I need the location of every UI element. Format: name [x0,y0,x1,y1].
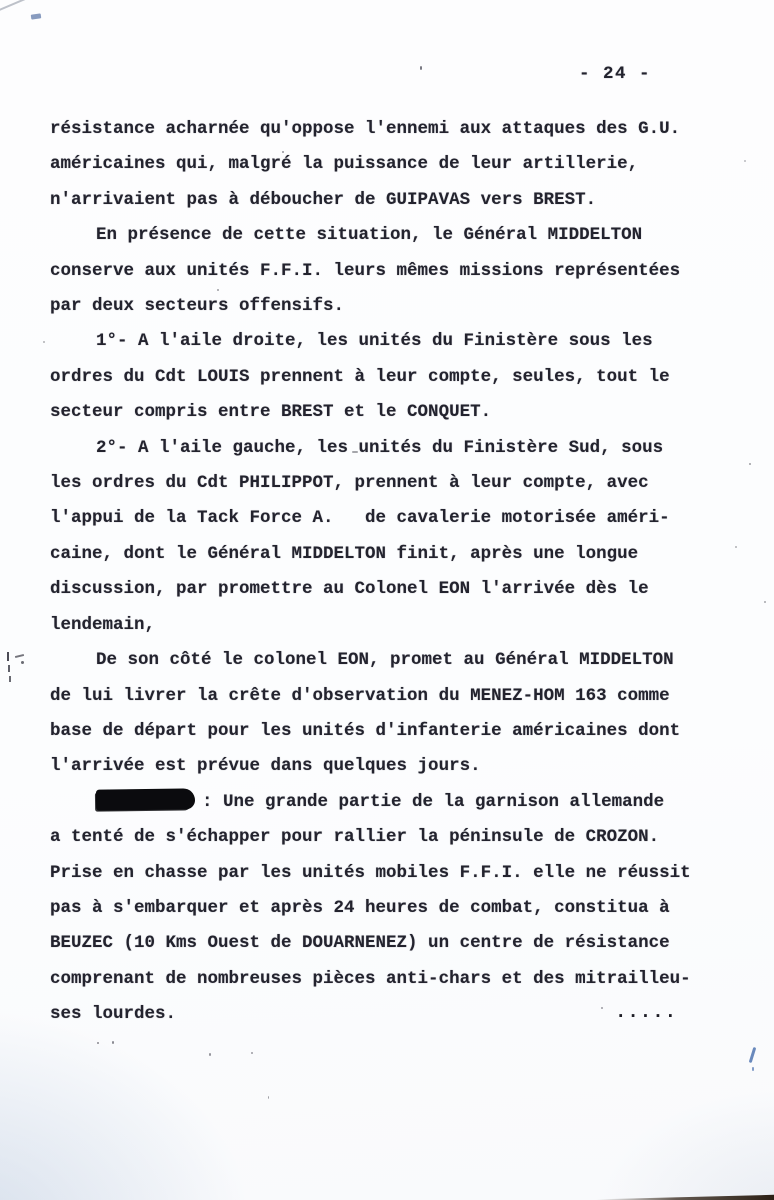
corner-scratch-mark [0,0,27,13]
document-body: résistance acharnée qu'oppose l'ennemi a… [50,112,740,1033]
ink-speck [112,1041,114,1044]
paragraph-2: En présence de cette situation, le Génér… [50,218,740,324]
margin-scribble [9,676,11,682]
paragraph-3: 1°- A l'aile droite, les unités du Finis… [50,324,740,430]
margin-scribble [7,652,9,661]
paragraph-6-redacted: : Une grande partie de la garnison allem… [50,785,740,1033]
paragraph-4-text: 2°- A l'aile gauche, les unités du Finis… [50,438,670,635]
ellipsis-dots: ..... [615,1001,677,1023]
ink-speck [764,601,766,603]
ink-speck [97,1042,99,1044]
paragraph-1-text: résistance acharnée qu'oppose l'ennemi a… [50,119,680,210]
paragraph-6-text: : Une grande partie de la garnison allem… [50,792,691,1024]
paragraph-1: résistance acharnée qu'oppose l'ennemi a… [50,112,740,218]
paragraph-2-text: En présence de cette situation, le Génér… [50,225,680,316]
blue-pen-mark-top [31,13,42,19]
paragraph-3-text: 1°- A l'aile droite, les unités du Finis… [50,331,670,422]
redaction-block [96,788,195,810]
paragraph-5: De son côté le colonel EON, promet au Gé… [50,643,740,785]
paragraph-5-text: De son côté le colonel EON, promet au Gé… [50,650,680,776]
ink-speck [749,463,751,465]
blue-pen-mark-right [749,1047,757,1063]
margin-scribble [21,661,24,664]
margin-scribble [8,665,10,672]
ink-speck [268,1096,269,1099]
paragraph-4: 2°- A l'aile gauche, les unités du Finis… [50,431,740,643]
ink-speck [744,160,746,162]
ink-speck [209,1053,211,1056]
margin-scribble [15,654,24,658]
page-edge-shadow [596,1192,774,1200]
ink-speck [251,1052,253,1054]
page-number: - 24 - [579,64,651,84]
ink-speck [43,341,45,343]
document-page: - 24 - résistance acharnée qu'oppose l'e… [0,0,774,1200]
blue-pen-mark-right [752,1067,754,1071]
ink-speck [420,66,422,70]
